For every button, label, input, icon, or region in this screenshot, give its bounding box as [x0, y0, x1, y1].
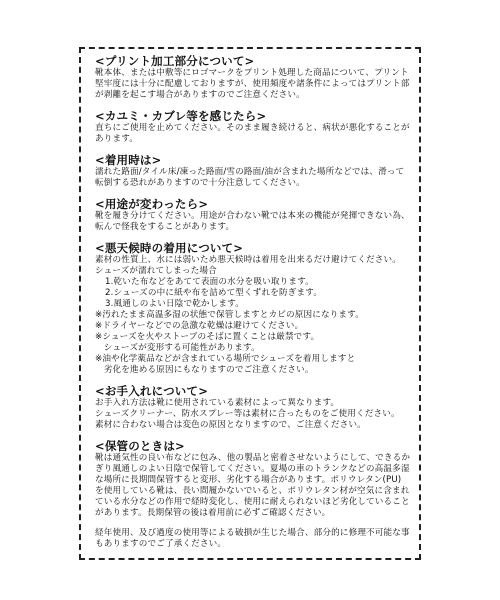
section-text: 靴は通気性の良い布などに包み、他の製品と密着させないようにして、できるか: [95, 453, 409, 464]
note-text: シューズが変形する可能性があります。: [95, 343, 409, 354]
section-care: <お手入れについて> お手入れ方法は靴に使用されている素材によって異なります。 …: [95, 385, 409, 431]
section-storage: <保管のときは> 靴は通気性の良い布などに包み、他の製品と密着させないようにして…: [95, 440, 409, 519]
section-text: 転倒する恐れがありますので十分注意してください。: [95, 178, 409, 189]
section-text: ている水分などの作用で経時変化し、使用に耐えられないほど劣化していること: [95, 497, 409, 508]
footer-note: 経年使用、及び過度の使用等による破損が生じた場合、部分的に修理不可能な事 もあり…: [95, 528, 409, 550]
section-heading: <用途が変わったら>: [95, 198, 409, 211]
section-heading: <着用時は>: [95, 154, 409, 167]
section-text: 堅牢度には十分に配慮しておりますが、使用頻度や諸条件によってはプリント部: [95, 79, 409, 90]
footer-text: もありますのでご了承ください。: [95, 539, 409, 550]
note-text: ※ドライヤーなどでの急激な乾燥は避けてください。: [95, 321, 409, 332]
section-text: 靴本体、または中敷等にロゴマークをプリント処理した商品について、プリント: [95, 68, 409, 79]
section-when-wearing: <着用時は> 濡れた路面/タイル床/凍った路面/雪の路面/油が含まれた場所などで…: [95, 154, 409, 189]
section-bad-weather: <悪天候時の着用について> 素材の性質上、水には弱いため悪天候時は着用を出来るだ…: [95, 242, 409, 376]
section-text: シューズクリーナー、防水スプレー等は素材に合ったものをご使用ください。: [95, 409, 409, 420]
section-itching-rash: <カユミ・カブレ等を感じたら> 直ちにご使用を止めてください。そのまま履き続ける…: [95, 110, 409, 145]
note-text: 劣化を進める原因にもなりますのでご注意ください。: [95, 365, 409, 376]
section-heading: <保管のときは>: [95, 440, 409, 453]
section-text: お手入れ方法は靴に使用されている素材によって異なります。: [95, 398, 409, 409]
section-print-processing: <プリント加工部分について> 靴本体、または中敷等にロゴマークをプリント処理した…: [95, 55, 409, 101]
care-instructions-card: <プリント加工部分について> 靴本体、または中敷等にロゴマークをプリント処理した…: [79, 47, 421, 560]
step-text: 3.風通しのよい日陰で乾かします。: [95, 299, 409, 310]
section-text: シューズが濡れてしまった場合: [95, 266, 409, 277]
section-text: 直ちにご使用を止めてください。そのまま履き続けると、病状が悪化することが: [95, 123, 409, 134]
section-text: があります。長期保管の後は着用前に必ずご確認ください。: [95, 508, 409, 519]
note-text: ※油や化学薬品などが含まれている場所でシューズを着用しますと: [95, 354, 409, 365]
section-text: 靴を履き分けてください。用途が合わない靴では本来の機能が発揮できない為、: [95, 211, 409, 222]
section-text: 素材の性質上、水には弱いため悪天候時は着用を出来るだけ避けてください。: [95, 255, 409, 266]
step-text: 1.乾いた布などをあてて表面の水分を吸い取ります。: [95, 277, 409, 288]
section-text: あります。: [95, 134, 409, 145]
step-text: 2.シューズの中に紙や布を詰めて型くずれを防ぎます。: [95, 288, 409, 299]
section-heading: <カユミ・カブレ等を感じたら>: [95, 110, 409, 123]
section-text: 素材に合わない場合は変色の原因となりますので、ご注意ください。: [95, 420, 409, 431]
section-heading: <悪天候時の着用について>: [95, 242, 409, 255]
note-text: ※シューズを火やストーブのそばに置くことは厳禁です。: [95, 332, 409, 343]
section-text: ぎり風通しのよい日陰で保管してください。夏場の車のトランクなどの高温多湿: [95, 464, 409, 475]
section-text: 濡れた路面/タイル床/凍った路面/雪の路面/油が含まれた場所などでは、滑って: [95, 167, 409, 178]
section-text: な場所に長期間保管すると変形、劣化する場合があります。ポリウレタン(PU): [95, 475, 409, 486]
section-text: を使用している靴は、長い間履かないでいると、ポリウレタン材が空気に含まれ: [95, 486, 409, 497]
section-heading: <プリント加工部分について>: [95, 55, 409, 68]
section-change-of-use: <用途が変わったら> 靴を履き分けてください。用途が合わない靴では本来の機能が発…: [95, 198, 409, 233]
section-heading: <お手入れについて>: [95, 385, 409, 398]
note-text: ※汚れたまま高温多湿の状態で保管しますとカビの原因になります。: [95, 310, 409, 321]
section-text: 転んで怪我をすることがあります。: [95, 222, 409, 233]
footer-text: 経年使用、及び過度の使用等による破損が生じた場合、部分的に修理不可能な事: [95, 528, 409, 539]
section-text: が剥離を起こす場合がありますのでご注意ください。: [95, 90, 409, 101]
